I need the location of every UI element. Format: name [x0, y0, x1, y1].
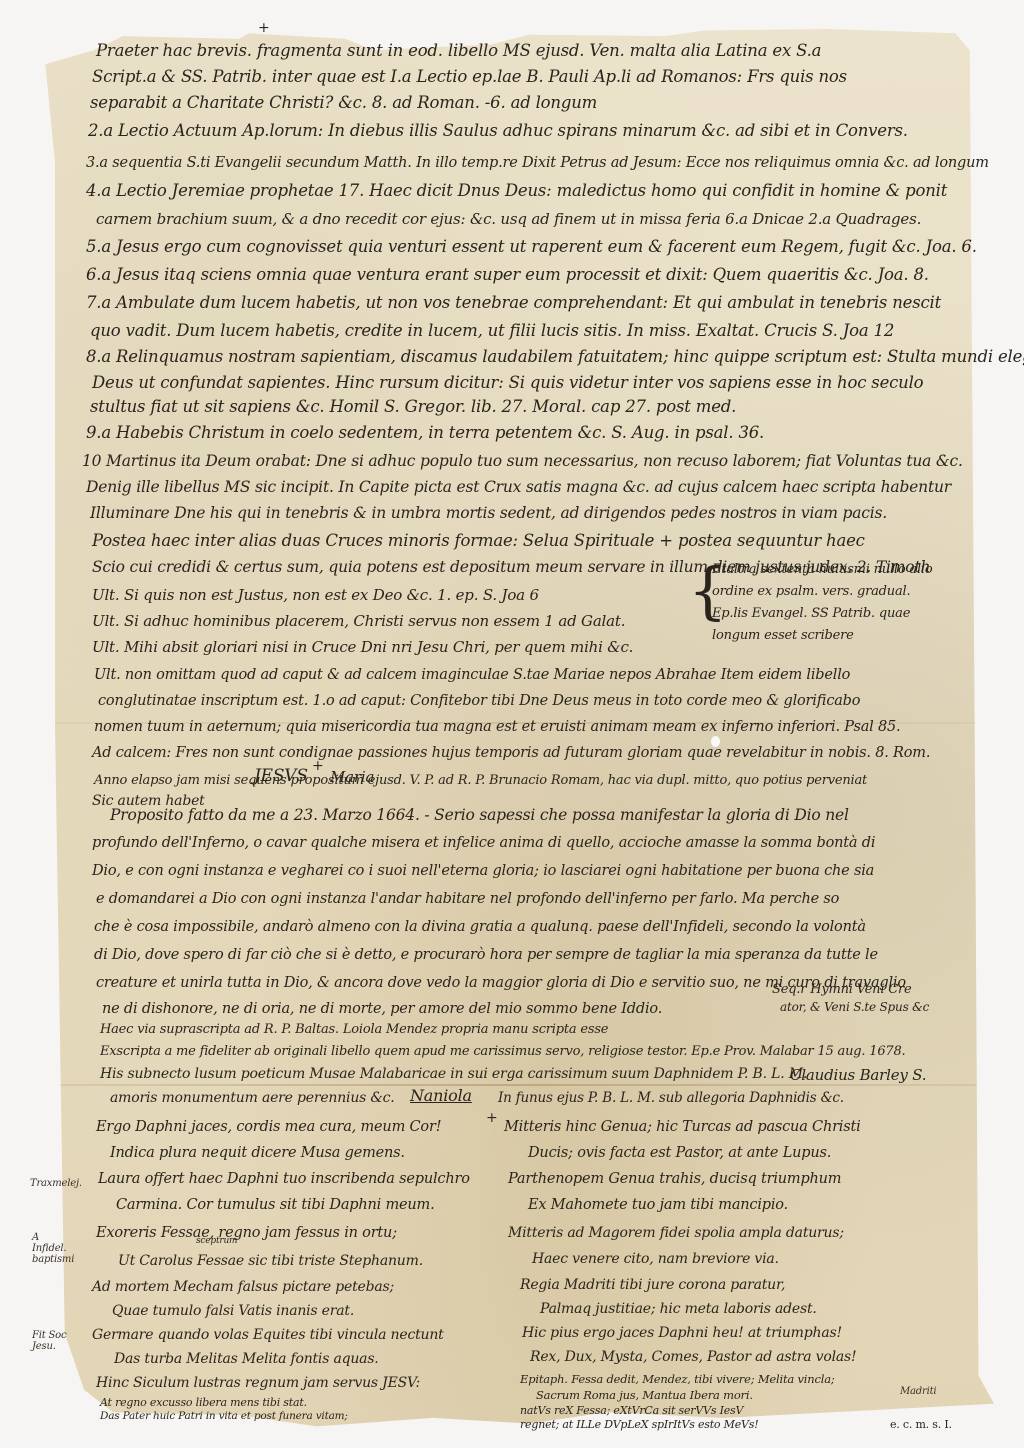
text-line: 10 Martinus ita Deum orabat: Dne si adhu…	[82, 450, 963, 472]
text-line: Ult. Mihi absit gloriari nisi in Cruce D…	[92, 636, 633, 658]
poem-line: Carmina. Cor tumulus sit tibi Daphni meu…	[116, 1194, 435, 1216]
poem-line: Palmaq justitiae; hic meta laboris adest…	[540, 1298, 817, 1320]
poem-line: Regia Madriti tibi jure corona paratur,	[520, 1274, 785, 1296]
epitaph-line: Epitaph. Fessa dedit, Mendez, tibi viver…	[520, 1372, 835, 1386]
poem-line: Mitteris hinc Genua; hic Turcas ad pascu…	[504, 1116, 861, 1138]
poem-line: Ergo Daphni jaces, cordis mea cura, meum…	[96, 1116, 441, 1138]
signature-claudius-barley: Claudius Barley S.	[790, 1066, 926, 1084]
poem-line: Indica plura nequit dicere Musa gemens.	[110, 1142, 405, 1164]
poem-line: Laura offert haec Daphni tuo inscribenda…	[98, 1168, 470, 1190]
text-line: 6.a Jesus itaq sciens omnia quae ventura…	[86, 264, 929, 286]
top-cross-mark: +	[258, 20, 270, 36]
text-line: di Dio, dove spero di far ciò che si è d…	[94, 944, 878, 966]
text-line: Ult. Si quis non est Justus, non est ex …	[92, 584, 539, 606]
interlinear-note: sceptrum	[196, 1236, 237, 1246]
poem-line: Germare quando volas Equites tibi vincul…	[92, 1324, 444, 1346]
text-line: Ult. non omittam quod ad caput & ad calc…	[94, 664, 850, 686]
margin-note: Madriti	[900, 1386, 936, 1397]
text-line: 9.a Habebis Christum in coelo sedentem, …	[86, 422, 764, 444]
poem-line: Ad mortem Mecham falsus pictare petebas;	[92, 1276, 394, 1298]
final-signature: e. c. m. s. I.	[890, 1418, 952, 1431]
text-line: Illuminare Dne his qui in tenebris & in …	[90, 502, 887, 524]
poem-line: Parthenopem Genua trahis, ducisq triumph…	[508, 1168, 841, 1190]
text-line: Praeter hac brevis. fragmenta sunt in eo…	[96, 40, 821, 62]
text-line: Proposito fatto da me a 23. Marzo 1664. …	[110, 804, 849, 826]
poem-line: Ex Mahomete tuo jam tibi mancipio.	[528, 1194, 788, 1216]
poem-line: Ducis; ovis facta est Pastor, at ante Lu…	[528, 1142, 831, 1164]
text-line: Anno elapso jam misi sequens propositum …	[94, 770, 867, 792]
poem-line: Ut Carolus Fessae sic tibi triste Stepha…	[118, 1250, 423, 1272]
text-line: Script.a & SS. Patrib. inter quae est I.…	[92, 66, 847, 88]
boxed-word: Naniola	[410, 1086, 472, 1105]
cross-mark: +	[486, 1110, 498, 1126]
text-line: 3.a sequentia S.ti Evangelii secundum Ma…	[86, 152, 989, 174]
text-line: separabit a Charitate Christi? &c. 8. ad…	[90, 92, 597, 114]
text-line: 5.a Jesus ergo cum cognovisset quia vent…	[86, 236, 977, 258]
text-line: Deus ut confundat sapientes. Hinc rursum…	[92, 372, 923, 394]
text-line: ne di dishonore, ne di oria, ne di morte…	[102, 998, 662, 1020]
poem-line: Exoreris Fessae, regno jam fessus in ort…	[96, 1222, 397, 1244]
text-line: Postea haec inter alias duas Cruces mino…	[92, 530, 865, 552]
poem-line: Quae tumulo falsi Vatis inanis erat.	[112, 1300, 354, 1322]
margin-note: Traxmelej.	[30, 1178, 82, 1189]
text-line: quo vadit. Dum lucem habetis, credite in…	[90, 320, 894, 342]
paper-fold-line	[26, 1084, 994, 1086]
margin-note: Fit Soc Jesu.	[32, 1330, 68, 1352]
text-line: Ad calcem: Fres non sunt condignae passi…	[92, 742, 930, 764]
text-line: 4.a Lectio Jeremiae prophetae 17. Haec d…	[86, 180, 947, 202]
text-line: Denig ille libellus MS sic incipit. In C…	[86, 476, 951, 498]
poem-line: Haec venere cito, nam breviore via.	[532, 1248, 779, 1270]
text-line: 8.a Relinquamus nostram sapientiam, disc…	[86, 346, 1024, 368]
text-line: nomen tuum in aeternum; quia misericordi…	[94, 716, 900, 738]
text-line: stultus fiat ut sit sapiens &c. Homil S.…	[90, 396, 736, 418]
text-line: conglutinatae inscriptum est. 1.o ad cap…	[98, 690, 860, 712]
text-line: 2.a Lectio Actuum Ap.lorum: In diebus il…	[88, 120, 908, 142]
poem-line: Hinc Siculum lustras regnum jam servus J…	[96, 1372, 420, 1394]
text-line: che è cosa impossibile, andarò almeno co…	[94, 916, 866, 938]
poem-line: Rex, Dux, Mysta, Comes, Pastor ad astra …	[530, 1346, 856, 1368]
margin-note: A Infidel. baptismi	[32, 1232, 72, 1265]
text-line: carnem brachium suum, & a dno recedit co…	[96, 208, 921, 230]
poem-line: Mitteris ad Magorem fidei spolia ampla d…	[508, 1222, 844, 1244]
text-line: Dio, e con ogni instanza e vegharei co i…	[92, 860, 874, 882]
text-line: profundo dell'Inferno, o cavar qualche m…	[92, 832, 875, 854]
poem-line: Hic pius ergo jaces Daphni heu! at trium…	[522, 1322, 842, 1344]
text-line: e domandarei a Dio con ogni instanza l'a…	[96, 888, 839, 910]
text-line: Ult. Si adhuc hominibus placerem, Christ…	[92, 610, 625, 632]
epitaph-line: Sacrum Roma jus, Mantua Ibera mori.	[536, 1388, 753, 1402]
poem-line: Das turba Melitas Melita fontis aquas.	[114, 1348, 379, 1370]
text-line: 7.a Ambulate dum lucem habetis, ut non v…	[86, 292, 941, 314]
